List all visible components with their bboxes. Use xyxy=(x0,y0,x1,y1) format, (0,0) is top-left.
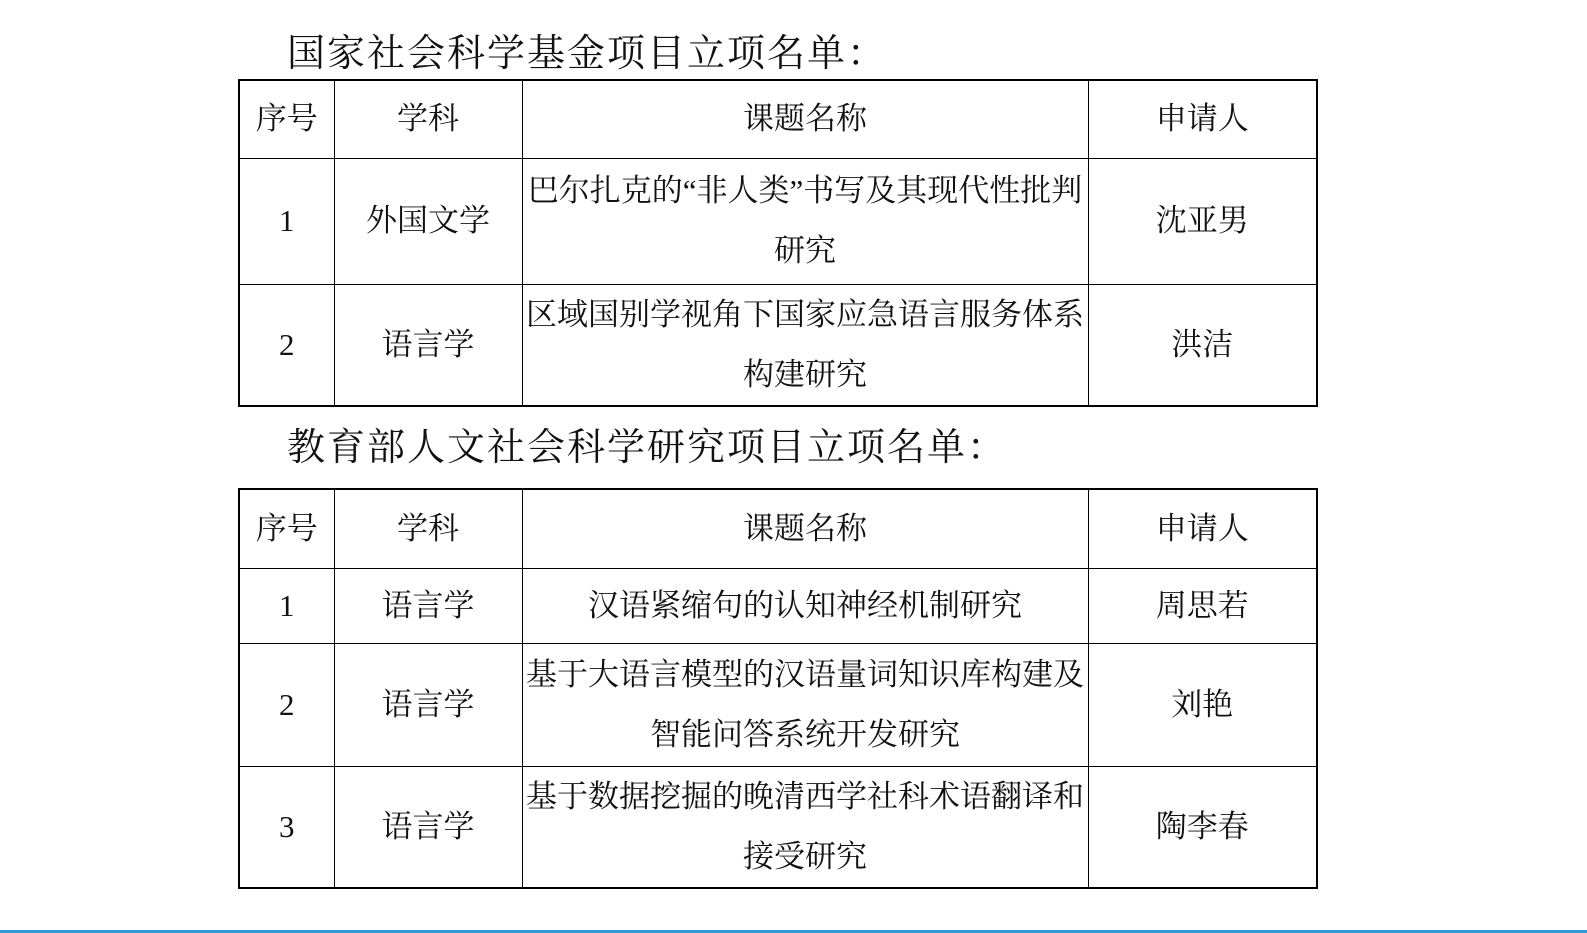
cell-no: 2 xyxy=(239,643,334,766)
cell-discipline: 外国文学 xyxy=(334,158,522,284)
cell-discipline: 语言学 xyxy=(334,766,522,888)
table-row: 1外国文学巴尔扎克的“非人类”书写及其现代性批判研究沈亚男 xyxy=(239,158,1317,284)
cell-applicant: 刘艳 xyxy=(1088,643,1317,766)
cell-title: 汉语紧缩句的认知神经机制研究 xyxy=(522,568,1088,643)
table-header-row: 序号学科课题名称申请人 xyxy=(239,489,1317,568)
cell-title: 基于大语言模型的汉语量词知识库构建及智能问答系统开发研究 xyxy=(522,643,1088,766)
column-header: 序号 xyxy=(239,489,334,568)
column-header: 序号 xyxy=(239,80,334,158)
column-header: 申请人 xyxy=(1088,80,1317,158)
column-header: 申请人 xyxy=(1088,489,1317,568)
cell-discipline: 语言学 xyxy=(334,568,522,643)
column-header: 课题名称 xyxy=(522,80,1088,158)
section-heading-moe-projects: 教育部人文社会科学研究项目立项名单： xyxy=(287,416,1007,471)
cell-title: 基于数据挖掘的晚清西学社科术语翻译和接受研究 xyxy=(522,766,1088,888)
moe-project-table: 序号学科课题名称申请人 1语言学汉语紧缩句的认知神经机制研究周思若2语言学基于大… xyxy=(238,488,1318,889)
cell-applicant: 洪洁 xyxy=(1088,284,1317,406)
cell-discipline: 语言学 xyxy=(334,643,522,766)
column-header: 学科 xyxy=(334,80,522,158)
column-header: 课题名称 xyxy=(522,489,1088,568)
cell-title: 巴尔扎克的“非人类”书写及其现代性批判研究 xyxy=(522,158,1088,284)
cell-no: 3 xyxy=(239,766,334,888)
cell-applicant: 沈亚男 xyxy=(1088,158,1317,284)
cell-applicant: 周思若 xyxy=(1088,568,1317,643)
table-row: 2语言学区域国别学视角下国家应急语言服务体系构建研究洪洁 xyxy=(239,284,1317,406)
table-row: 2语言学基于大语言模型的汉语量词知识库构建及智能问答系统开发研究刘艳 xyxy=(239,643,1317,766)
column-header: 学科 xyxy=(334,489,522,568)
cell-discipline: 语言学 xyxy=(334,284,522,406)
cell-no: 2 xyxy=(239,284,334,406)
cell-no: 1 xyxy=(239,568,334,643)
cell-no: 1 xyxy=(239,158,334,284)
section-heading-national-fund: 国家社会科学基金项目立项名单： xyxy=(287,22,887,77)
national-fund-project-table: 序号学科课题名称申请人 1外国文学巴尔扎克的“非人类”书写及其现代性批判研究沈亚… xyxy=(238,79,1318,407)
cell-applicant: 陶李春 xyxy=(1088,766,1317,888)
table-header-row: 序号学科课题名称申请人 xyxy=(239,80,1317,158)
table-row: 1语言学汉语紧缩句的认知神经机制研究周思若 xyxy=(239,568,1317,643)
table-row: 3语言学基于数据挖掘的晚清西学社科术语翻译和接受研究陶李春 xyxy=(239,766,1317,888)
cell-title: 区域国别学视角下国家应急语言服务体系构建研究 xyxy=(522,284,1088,406)
